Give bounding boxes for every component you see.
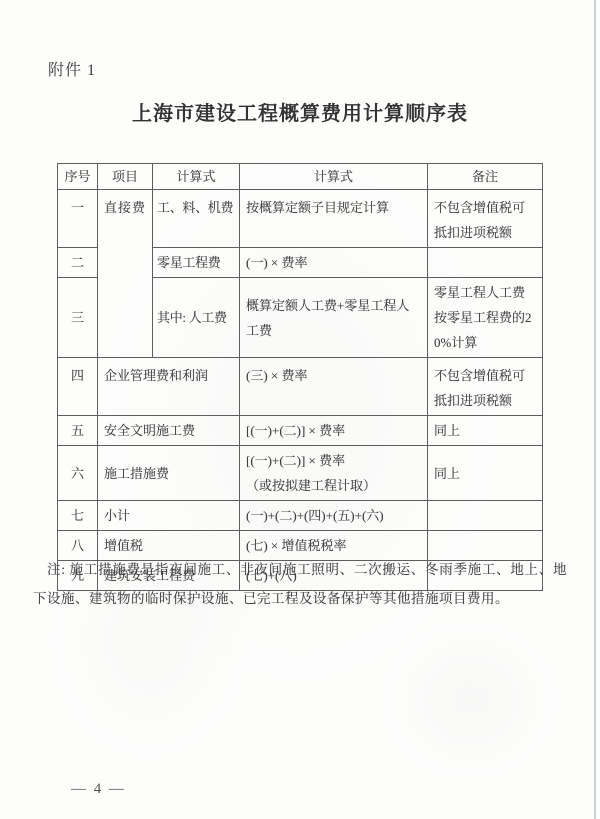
cost-calculation-order-table: 序号 项目 计算式 计算式 备注 一 直接费 工、料、机费 按概算定额子目规定计… — [57, 163, 543, 591]
page-number: — 4 — — [71, 781, 126, 798]
col-header-remark: 备注 — [428, 164, 543, 190]
formula-cell: [(一)+(二)] × 费率 — [240, 416, 428, 446]
remark-cell: 不包含增值税可抵扣进项税额 — [428, 358, 543, 416]
document-page: 附件 1 上海市建设工程概算费用计算顺序表 序号 项目 计算式 计算式 备注 一… — [0, 0, 600, 819]
remark-cell: 同上 — [428, 446, 543, 501]
item-cell: 小计 — [98, 501, 240, 531]
seq-cell: 二 — [58, 248, 98, 278]
table-footnote: 注: 施工措施费是指夜间施工、非夜间施工照明、二次搬运、冬雨季施工、地上、地下设… — [33, 556, 567, 613]
subitem-cell: 工、料、机费 — [153, 190, 240, 248]
remark-cell — [428, 248, 543, 278]
project-cell: 直接费 — [98, 190, 153, 358]
remark-cell — [428, 501, 543, 531]
item-cell: 施工措施费 — [98, 446, 240, 501]
seq-cell: 一 — [58, 190, 98, 248]
formula-cell: (一) × 费率 — [240, 248, 428, 278]
table-row: 六 施工措施费 [(一)+(二)] × 费率 （或按拟建工程计取） 同上 — [58, 446, 543, 501]
table-row: 七 小计 (一)+(二)+(四)+(五)+(六) — [58, 501, 543, 531]
col-header-formula: 计算式 — [240, 164, 428, 190]
formula-line: （或按拟建工程计取） — [246, 473, 421, 498]
col-header-seq: 序号 — [58, 164, 98, 190]
attachment-label: 附件 1 — [48, 57, 96, 80]
remark-cell: 同上 — [428, 416, 543, 446]
formula-cell: [(一)+(二)] × 费率 （或按拟建工程计取） — [240, 446, 428, 501]
item-cell: 安全文明施工费 — [98, 416, 240, 446]
table-row: 五 安全文明施工费 [(一)+(二)] × 费率 同上 — [58, 416, 543, 446]
subitem-cell: 其中: 人工费 — [153, 278, 240, 358]
seq-cell: 七 — [58, 501, 98, 531]
item-cell: 企业管理费和利润 — [98, 358, 240, 416]
formula-cell: 概算定额人工费+零星工程人工费 — [240, 278, 428, 358]
formula-cell: (三) × 费率 — [240, 358, 428, 416]
table-header-row: 序号 项目 计算式 计算式 备注 — [58, 164, 543, 190]
seq-cell: 三 — [58, 278, 98, 358]
formula-cell: 按概算定额子目规定计算 — [240, 190, 428, 248]
col-header-project: 项目 — [98, 164, 153, 190]
table-row: 一 直接费 工、料、机费 按概算定额子目规定计算 不包含增值税可抵扣进项税额 — [58, 190, 543, 248]
col-header-formula-sub: 计算式 — [153, 164, 240, 190]
seq-cell: 六 — [58, 446, 98, 501]
document-title: 上海市建设工程概算费用计算顺序表 — [0, 97, 600, 126]
table-row: 四 企业管理费和利润 (三) × 费率 不包含增值税可抵扣进项税额 — [58, 358, 543, 416]
seq-cell: 四 — [58, 358, 98, 416]
subitem-cell: 零星工程费 — [153, 248, 240, 278]
remark-cell: 零星工程人工费按零星工程费的20%计算 — [428, 278, 543, 358]
formula-line: [(一)+(二)] × 费率 — [246, 448, 421, 473]
formula-cell: (一)+(二)+(四)+(五)+(六) — [240, 501, 428, 531]
remark-cell: 不包含增值税可抵扣进项税额 — [428, 190, 543, 248]
seq-cell: 五 — [58, 416, 98, 446]
